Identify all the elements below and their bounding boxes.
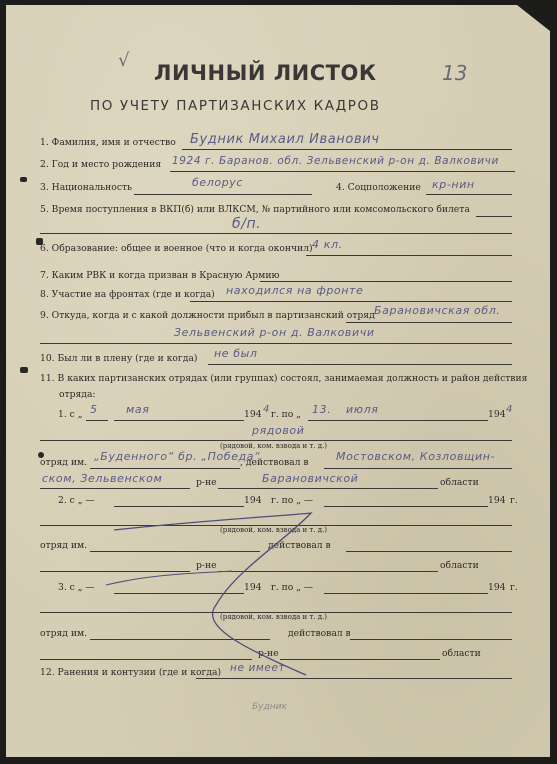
punch-hole [38,452,44,458]
strike-curve [6,5,550,757]
punch-hole [20,367,28,373]
punch-hole [20,177,27,182]
document-sheet: √ ЛИЧНЫЙ ЛИСТОК 13 ПО УЧЕТУ ПАРТИЗАНСКИХ… [6,5,550,757]
punch-hole [36,238,43,245]
